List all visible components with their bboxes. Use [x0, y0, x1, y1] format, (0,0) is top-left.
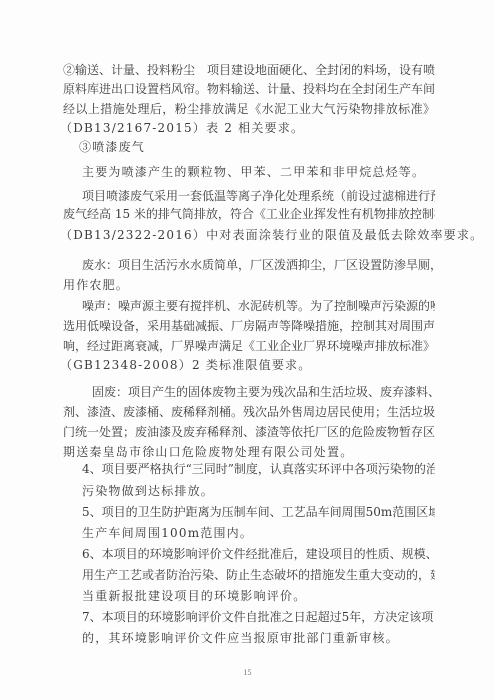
text-line: 废气经高 15 米的排气筒排放，符合《工业企业挥发性有机物排放控制标准》	[63, 207, 435, 221]
text-line: 废水：项目生活污水水质简单，厂区泼洒抑尘，厂区设置防渗旱厕，定期清掏	[82, 258, 435, 272]
text-line: 固废：项目产生的固体废物主要为残次品和生活垃圾、废弃漆料、废弃稀释	[92, 385, 435, 399]
text-line: 当重新报批建设项目的环境影响评价。	[82, 589, 306, 603]
text-line: 的，其环境影响评价文件应当报原审批部门重新审核。	[82, 631, 399, 645]
text-line: 项目喷漆废气采用一套低温等离子净化处理系统（前设过滤棉进行预处理），	[82, 189, 435, 203]
text-line: 用作农肥。	[63, 278, 129, 292]
text-line: 5、项目的卫生防护距离为压制车间、工艺品车间周围50m范围区域，建筑墙板	[82, 505, 435, 519]
text-line: 门统一处置；废油漆及废弃稀释剂、漆渣等依托厂区的危险废物暂存区暂存，定	[63, 425, 435, 439]
text-line: 7、本项目的环境影响评价文件自批准之日起超过5年，方决定该项目开工建设	[82, 610, 435, 624]
text-line: 响，经过距离衰减，厂界噪声满足《工业企业厂界环境噪声排放标准》	[63, 339, 435, 353]
text-line: ③喷漆废气	[79, 140, 145, 154]
text-line: 原料库进出口设置档风帘。物料输送、计量、投料均在全封闭生产车间内进行。	[63, 82, 435, 96]
text-line: 期送秦皇岛市徐山口危险废物处理有限公司处置。	[63, 445, 353, 459]
text-line: ②输送、计量、投料粉尘 项目建设地面硬化、全封闭的料场，设有喷淋装置，	[63, 63, 435, 77]
text-line: （GB12348-2008）2 类标准限值要求。	[60, 358, 311, 372]
text-line: 用生产工艺或者防治污染、防止生态破坏的措施发生重大变动的，建设单位应	[82, 568, 435, 582]
text-line: 噪声：噪声源主要有搅拌机、水泥砖机等。为了控制噪声污染源的噪声污染，	[82, 299, 435, 313]
text-line: 选用低噪设备，采用基础减振、厂房隔声等降噪措施，控制其对周围声环境的影	[63, 319, 435, 333]
document-page: ②输送、计量、投料粉尘 项目建设地面硬化、全封闭的料场，设有喷淋装置，原料库进出…	[0, 0, 495, 700]
text-line: 剂、漆渣、废漆桶、废稀释剂桶。残次品外售周边居民使用；生活垃圾由环卫部	[63, 405, 435, 419]
text-line: （DB13/2322-2016）中对表面涂装行业的限值及最低去除效率要求。	[60, 228, 483, 242]
text-line: 主要为喷漆产生的颗粒物、甲苯、二甲苯和非甲烷总烃等。	[82, 165, 425, 179]
text-line: 生产车间周围100m范围内。	[82, 526, 253, 540]
page-number: 15	[0, 668, 495, 677]
text-line: （DB13/2167-2015）表 2 相关要求。	[60, 121, 304, 135]
text-line: 污染物做到达标排放。	[82, 484, 214, 498]
text-line: 经以上措施处理后，粉尘排放满足《水泥工业大气污染物排放标准》	[63, 102, 435, 116]
text-line: 6、本项目的环境影响评价文件经批准后，建设项目的性质、规模、地点、采	[82, 547, 435, 561]
text-line: 4、项目要严格执行“三同时”制度，认真落实环评中各项污染物的治理措施，	[82, 462, 435, 476]
